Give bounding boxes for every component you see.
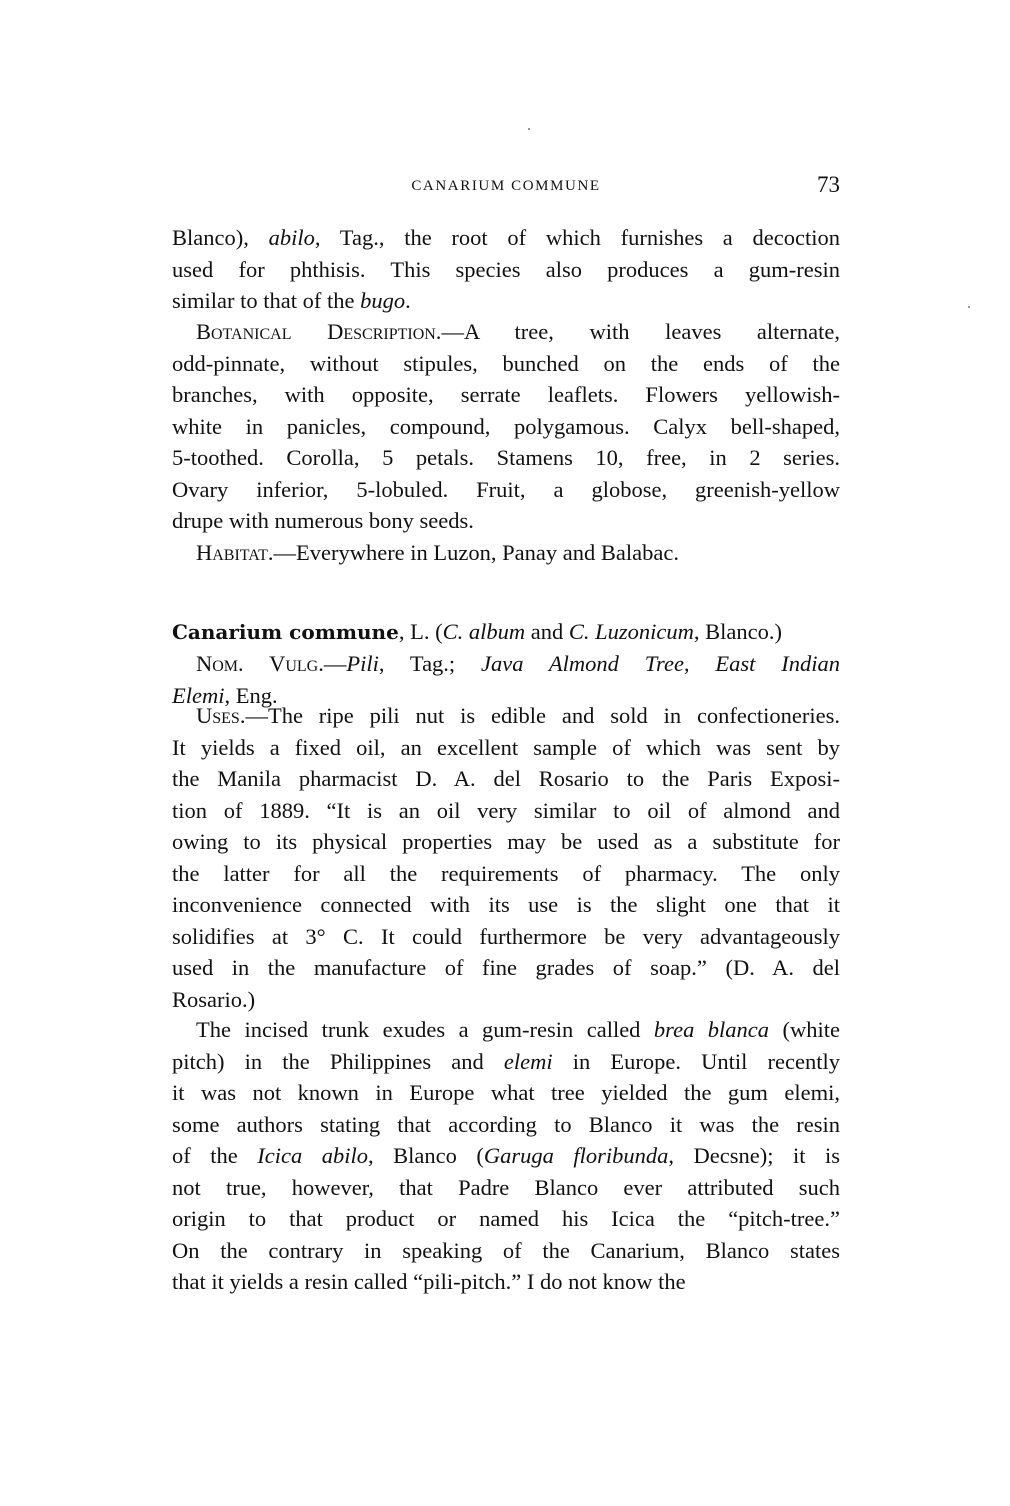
resin-paragraph-line: of the Icica abilo, Blanco (Garuga flori…	[172, 1140, 840, 1172]
running-head: CANARIUM COMMUNE	[172, 178, 840, 195]
uses-line: Rosario.)	[172, 984, 840, 1016]
botanical-description-line: odd-pinnate, without stipules, bunched o…	[172, 348, 840, 380]
section-label: Uses.	[196, 703, 245, 728]
italic-text: C. Luzonicum	[569, 619, 694, 644]
botanical-description-line: drupe with numerous bony seeds.	[172, 505, 840, 537]
section-label: Nom. Vulg.	[196, 651, 324, 676]
uses-line: tion of 1889. “It is an oil very similar…	[172, 795, 840, 827]
page-number: 73	[817, 172, 840, 198]
resin-paragraph-line: some authors stating that according to B…	[172, 1109, 840, 1141]
botanical-description-line: 5-toothed. Corolla, 5 petals. Stamens 10…	[172, 442, 840, 474]
uses-line: owing to its physical properties may be …	[172, 826, 840, 858]
page-header: CANARIUM COMMUNE 73	[172, 172, 840, 200]
resin-paragraph-line: origin to that product or named his Icic…	[172, 1203, 840, 1235]
text-line: similar to that of the bugo.	[172, 285, 840, 317]
italic-text: elemi	[504, 1049, 553, 1074]
uses-line: It yields a fixed oil, an excellent samp…	[172, 732, 840, 764]
italic-text: Garuga floribunda	[484, 1143, 669, 1168]
scan-speck	[528, 128, 530, 130]
italic-text: abilo	[269, 225, 315, 250]
italic-text: bugo	[360, 288, 405, 313]
habitat-line: Habitat.—Everywhere in Luzon, Panay and …	[172, 537, 840, 569]
uses-line: the Manila pharmacist D. A. del Rosario …	[172, 763, 840, 795]
entry-title-line: Canarium commune, L. (C. album and C. Lu…	[172, 616, 840, 648]
italic-text: Java Almond Tree, East Indian	[481, 651, 840, 676]
botanical-description-line: branches, with opposite, serrate leaflet…	[172, 379, 840, 411]
scan-speck	[968, 306, 970, 308]
resin-paragraph-line: The incised trunk exudes a gum-resin cal…	[172, 1014, 840, 1046]
uses-line: the latter for all the requirements of p…	[172, 858, 840, 890]
nom-vulg-line: Nom. Vulg.—Pili, Tag.; Java Almond Tree,…	[172, 648, 840, 680]
section-label: Habitat.	[196, 540, 273, 565]
resin-paragraph-line: On the contrary in speaking of the Canar…	[172, 1235, 840, 1267]
resin-paragraph-line: that it yields a resin called “pili-pitc…	[172, 1266, 840, 1298]
text-line: used for phthisis. This species also pro…	[172, 254, 840, 286]
italic-text: Pili	[346, 651, 379, 676]
section-label: Botanical Description.	[196, 319, 441, 344]
resin-paragraph-line: not true, however, that Padre Blanco eve…	[172, 1172, 840, 1204]
botanical-description-line: Ovary inferior, 5-lobuled. Fruit, a glob…	[172, 474, 840, 506]
italic-text: brea blanca	[654, 1017, 769, 1042]
resin-paragraph-line: pitch) in the Philippines and elemi in E…	[172, 1046, 840, 1078]
italic-text: Icica abilo	[257, 1143, 368, 1168]
uses-line: used in the manufacture of fine grades o…	[172, 952, 840, 984]
species-title: Canarium commune	[172, 620, 399, 644]
uses-line: inconvenience connected with its use is …	[172, 889, 840, 921]
uses-line: Uses.—The ripe pili nut is edible and so…	[172, 700, 840, 732]
uses-line: solidifies at 3° C. It could furthermore…	[172, 921, 840, 953]
italic-text: C. album	[443, 619, 526, 644]
resin-paragraph-line: it was not known in Europe what tree yie…	[172, 1077, 840, 1109]
text-line: Blanco), abilo, Tag., the root of which …	[172, 222, 840, 254]
botanical-description-line: white in panicles, compound, polygamous.…	[172, 411, 840, 443]
botanical-description-line: Botanical Description.—A tree, with leav…	[172, 316, 840, 348]
